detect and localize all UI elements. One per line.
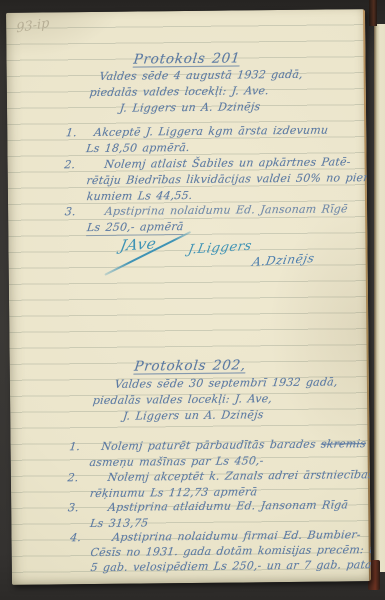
item-number: 1. [65, 126, 77, 139]
photo-background: 93-ip Protokols 201 Valdes sēde 4 august… [0, 0, 385, 600]
item-text-line: Apstiprina nolaidumu firmai Ed. Bumbier- [112, 528, 362, 544]
amount-underlined: Ls 250,- apmērā [86, 220, 184, 236]
item-text-line: rēķinumu Ls 112,73 apmērā [89, 485, 258, 500]
book-binding-top [369, 0, 377, 26]
item-number: 4. [70, 531, 82, 544]
item-number: 3. [67, 501, 79, 514]
pencil-page-number: 93-ip [16, 16, 49, 37]
protocol-202-header-line: Valdes sēde 30 septembrī 1932 gadā, [114, 375, 338, 390]
protocol-201-title: Protokols 201 [7, 49, 368, 69]
item-number: 2. [67, 471, 79, 484]
item-text-line: Ls 313,75 [89, 516, 149, 530]
protocol-202-title: Protokols 202, [10, 356, 371, 376]
item-text-line: Cēsīs no 1931. gada dotām komisijas prec… [90, 543, 371, 559]
item-number: 3. [64, 205, 76, 218]
protocol-201-header-line: J. Liggers un A. Dzinējs [119, 100, 261, 114]
item-text: Nolemj paturēt pārbaudītās barades [101, 438, 317, 453]
signature: A.Dzinējs [251, 251, 316, 269]
item-text-line: Nolemj atlaist Šabiles un apkārtnes Patē… [104, 155, 352, 171]
item-text-line: 5 gab. velosipēdiem Ls 250,- un ar 7 gab… [90, 558, 371, 574]
protocol-201-header-line: piedalās valdes locekļi: J. Ave. [89, 84, 270, 99]
item-text-line: Apstiprina nolaidumu Ed. Jansonam Rīgē [104, 202, 348, 218]
item-text-line: asmeņu mašīnas par Ls 450,- [89, 454, 265, 469]
item-number: 1. [69, 440, 81, 453]
item-text-line: kumiem Ls 44,55. [86, 189, 193, 203]
item-text-line: Nolemj paturēt pārbaudītās baradesskremi… [101, 437, 367, 453]
notebook-page: 93-ip Protokols 201 Valdes sēde 4 august… [6, 9, 371, 585]
struck-word: skremis [320, 437, 367, 450]
item-text-line: Apstiprina atlaidumu Ed. Jansonam Rīgā [107, 498, 349, 514]
protocol-201-header-line: Valdes sēde 4 augustā 1932 gadā, [99, 68, 304, 83]
protocol-202-header-line: J. Liggers un A. Dzinējs [122, 408, 264, 422]
item-number: 2. [64, 158, 76, 171]
protocol-202-header-line: piedalās valdes locekļi: J. Ave, [92, 392, 273, 407]
item-text-line: Akceptē J. Liggera kgm ārsta izdevumu [93, 124, 329, 139]
item-text-line: Ls 250,- apmērā [86, 220, 184, 234]
next-page-edge [374, 24, 385, 572]
item-text-line: rētāju Biedrības likvidācijas valdei 50%… [86, 171, 371, 187]
signature: J.Liggers [187, 239, 253, 258]
item-text-line: Ls 18,50 apmērā. [86, 141, 191, 155]
signature: JAve [119, 234, 158, 254]
item-text-line: Nolemj akceptēt k. Zanals adrei ārstniec… [107, 468, 371, 484]
page-edge [363, 9, 371, 581]
paper-crease [267, 201, 371, 462]
